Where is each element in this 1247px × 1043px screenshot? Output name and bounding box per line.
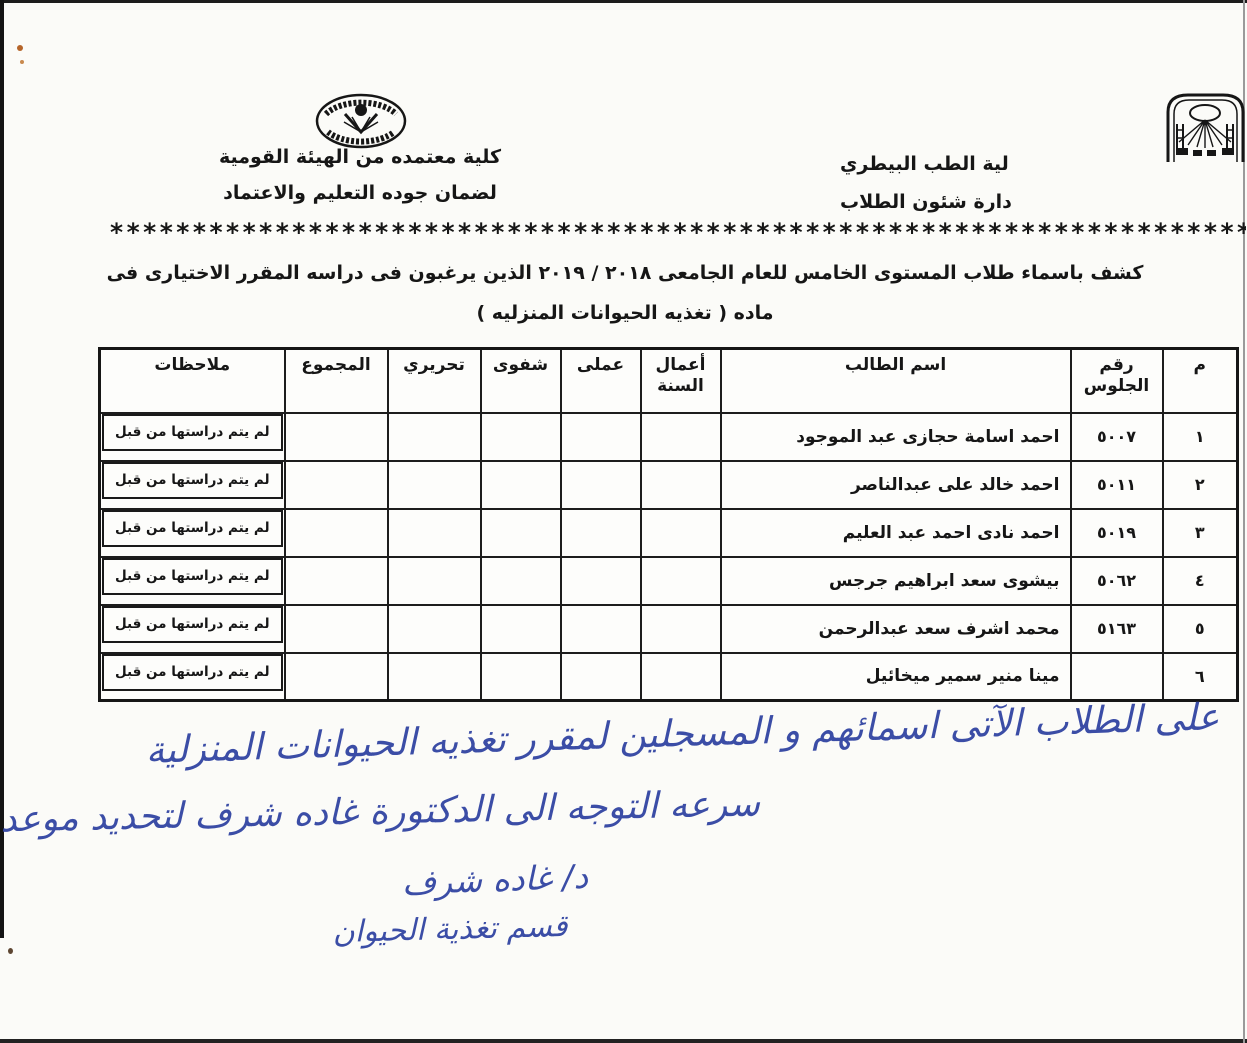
year-work-cell xyxy=(641,413,721,461)
header-oral: شفوى xyxy=(481,349,561,413)
row-index-cell: ١ xyxy=(1163,413,1238,461)
oral-cell xyxy=(481,413,561,461)
course-subtitle: ماده ( تغذيه الحيوانات المنزليه ) xyxy=(60,302,1190,324)
year-work-cell xyxy=(641,605,721,653)
written-cell xyxy=(388,557,481,605)
header-year-work: أعمال السنة xyxy=(641,349,721,413)
notes-cell: لم يتم دراستها من قبل xyxy=(100,605,285,653)
seat-number-cell xyxy=(1071,653,1163,701)
total-cell xyxy=(285,413,388,461)
table-row: ٦ مينا منير سمير ميخائيل لم يتم دراستها … xyxy=(100,653,1238,701)
row-index-cell: ٦ xyxy=(1163,653,1238,701)
scan-border-top xyxy=(0,0,1247,3)
oral-cell xyxy=(481,605,561,653)
table-header-row: م رقم الجلوس اسم الطالب أعمال السنة عملى… xyxy=(100,349,1238,413)
written-cell xyxy=(388,605,481,653)
header-total: المجموع xyxy=(285,349,388,413)
scan-speckle xyxy=(20,60,24,64)
notes-cell: لم يتم دراستها من قبل xyxy=(100,413,285,461)
accreditation-line1: كلية معتمده من الهيئة القومية xyxy=(180,148,540,167)
year-work-cell xyxy=(641,461,721,509)
seat-number-cell: ٥٠٠٧ xyxy=(1071,413,1163,461)
document-title: كشف باسماء طلاب المستوى الخامس للعام الج… xyxy=(60,262,1190,284)
total-cell xyxy=(285,509,388,557)
written-cell xyxy=(388,413,481,461)
notes-cell: لم يتم دراستها من قبل xyxy=(100,557,285,605)
total-cell xyxy=(285,605,388,653)
total-cell xyxy=(285,653,388,701)
row-index-cell: ٢ xyxy=(1163,461,1238,509)
header-written: تحريري xyxy=(388,349,481,413)
scan-speckle xyxy=(17,45,23,51)
asterisk-separator: ****************************************… xyxy=(110,218,1246,247)
student-affairs-line: دارة شئون الطلاب xyxy=(840,191,1244,213)
table-row: ٥ ٥١٦٣ محمد اشرف سعد عبدالرحمن لم يتم در… xyxy=(100,605,1238,653)
faculty-name-block: لية الطب البيطري دارة شئون الطلاب xyxy=(840,153,1244,213)
row-index-cell: ٤ xyxy=(1163,557,1238,605)
scan-border-left xyxy=(0,0,4,938)
notes-cell: لم يتم دراستها من قبل xyxy=(100,509,285,557)
note-box: لم يتم دراستها من قبل xyxy=(102,558,283,595)
seat-number-cell: ٥٠١١ xyxy=(1071,461,1163,509)
handwritten-department: قسم تغذية الحيوان xyxy=(285,908,616,952)
seat-number-cell: ٥١٦٣ xyxy=(1071,605,1163,653)
header-student-name: اسم الطالب xyxy=(721,349,1071,413)
student-name-cell: احمد خالد على عبدالناصر xyxy=(721,461,1071,509)
oral-cell xyxy=(481,461,561,509)
header-index: م xyxy=(1163,349,1238,413)
written-cell xyxy=(388,653,481,701)
scanned-document-page: { "colors": { "ink": "#161616", "handwri… xyxy=(0,0,1247,1043)
note-box: لم يتم دراستها من قبل xyxy=(102,654,283,691)
note-box: لم يتم دراستها من قبل xyxy=(102,510,283,547)
written-cell xyxy=(388,461,481,509)
year-work-cell xyxy=(641,509,721,557)
note-box: لم يتم دراستها من قبل xyxy=(102,606,283,643)
practical-cell xyxy=(561,605,641,653)
practical-cell xyxy=(561,413,641,461)
practical-cell xyxy=(561,509,641,557)
student-name-cell: محمد اشرف سعد عبدالرحمن xyxy=(721,605,1071,653)
row-index-cell: ٥ xyxy=(1163,605,1238,653)
oral-cell xyxy=(481,653,561,701)
year-work-cell xyxy=(641,653,721,701)
table-row: ١ ٥٠٠٧ احمد اسامة حجازى عبد الموجود لم ي… xyxy=(100,413,1238,461)
header-notes: ملاحظات xyxy=(100,349,285,413)
table-row: ٤ ٥٠٦٢ بيشوى سعد ابراهيم جرجس لم يتم درا… xyxy=(100,557,1238,605)
accreditation-text: كلية معتمده من الهيئة القومية لضمان جوده… xyxy=(180,148,540,203)
oral-cell xyxy=(481,557,561,605)
note-box: لم يتم دراستها من قبل xyxy=(102,414,283,451)
seat-number-cell: ٥٠٦٢ xyxy=(1071,557,1163,605)
year-work-cell xyxy=(641,557,721,605)
note-box: لم يتم دراستها من قبل xyxy=(102,462,283,499)
practical-cell xyxy=(561,557,641,605)
accreditation-seal-icon xyxy=(314,92,408,150)
row-index-cell: ٣ xyxy=(1163,509,1238,557)
table-row: ٣ ٥٠١٩ احمد نادى احمد عبد العليم لم يتم … xyxy=(100,509,1238,557)
handwritten-note-line1: على الطلاب الآتى اسمائهم و المسجلين لمقر… xyxy=(140,695,1226,772)
handwritten-note-line2: سرعه التوجه الى الدكتورة غاده شرف لتحديد… xyxy=(140,784,761,838)
student-name-cell: احمد نادى احمد عبد العليم xyxy=(721,509,1071,557)
total-cell xyxy=(285,557,388,605)
header-seat-number: رقم الجلوس xyxy=(1071,349,1163,413)
table-row: ٢ ٥٠١١ احمد خالد على عبدالناصر لم يتم در… xyxy=(100,461,1238,509)
practical-cell xyxy=(561,653,641,701)
student-name-cell: احمد اسامة حجازى عبد الموجود xyxy=(721,413,1071,461)
written-cell xyxy=(388,509,481,557)
oral-cell xyxy=(481,509,561,557)
practical-cell xyxy=(561,461,641,509)
scan-speckle xyxy=(8,948,13,954)
student-name-cell: بيشوى سعد ابراهيم جرجس xyxy=(721,557,1071,605)
faculty-name-line: لية الطب البيطري xyxy=(840,153,1244,175)
header-practical: عملى xyxy=(561,349,641,413)
scan-border-bottom xyxy=(0,1039,1247,1043)
notes-cell: لم يتم دراستها من قبل xyxy=(100,461,285,509)
notes-cell: لم يتم دراستها من قبل xyxy=(100,653,285,701)
students-table: م رقم الجلوس اسم الطالب أعمال السنة عملى… xyxy=(98,347,1239,702)
handwritten-signature: د/ غاده شرف xyxy=(319,854,670,905)
total-cell xyxy=(285,461,388,509)
accreditation-line2: لضمان جوده التعليم والاعتماد xyxy=(180,184,540,203)
student-name-cell: مينا منير سمير ميخائيل xyxy=(721,653,1071,701)
seat-number-cell: ٥٠١٩ xyxy=(1071,509,1163,557)
